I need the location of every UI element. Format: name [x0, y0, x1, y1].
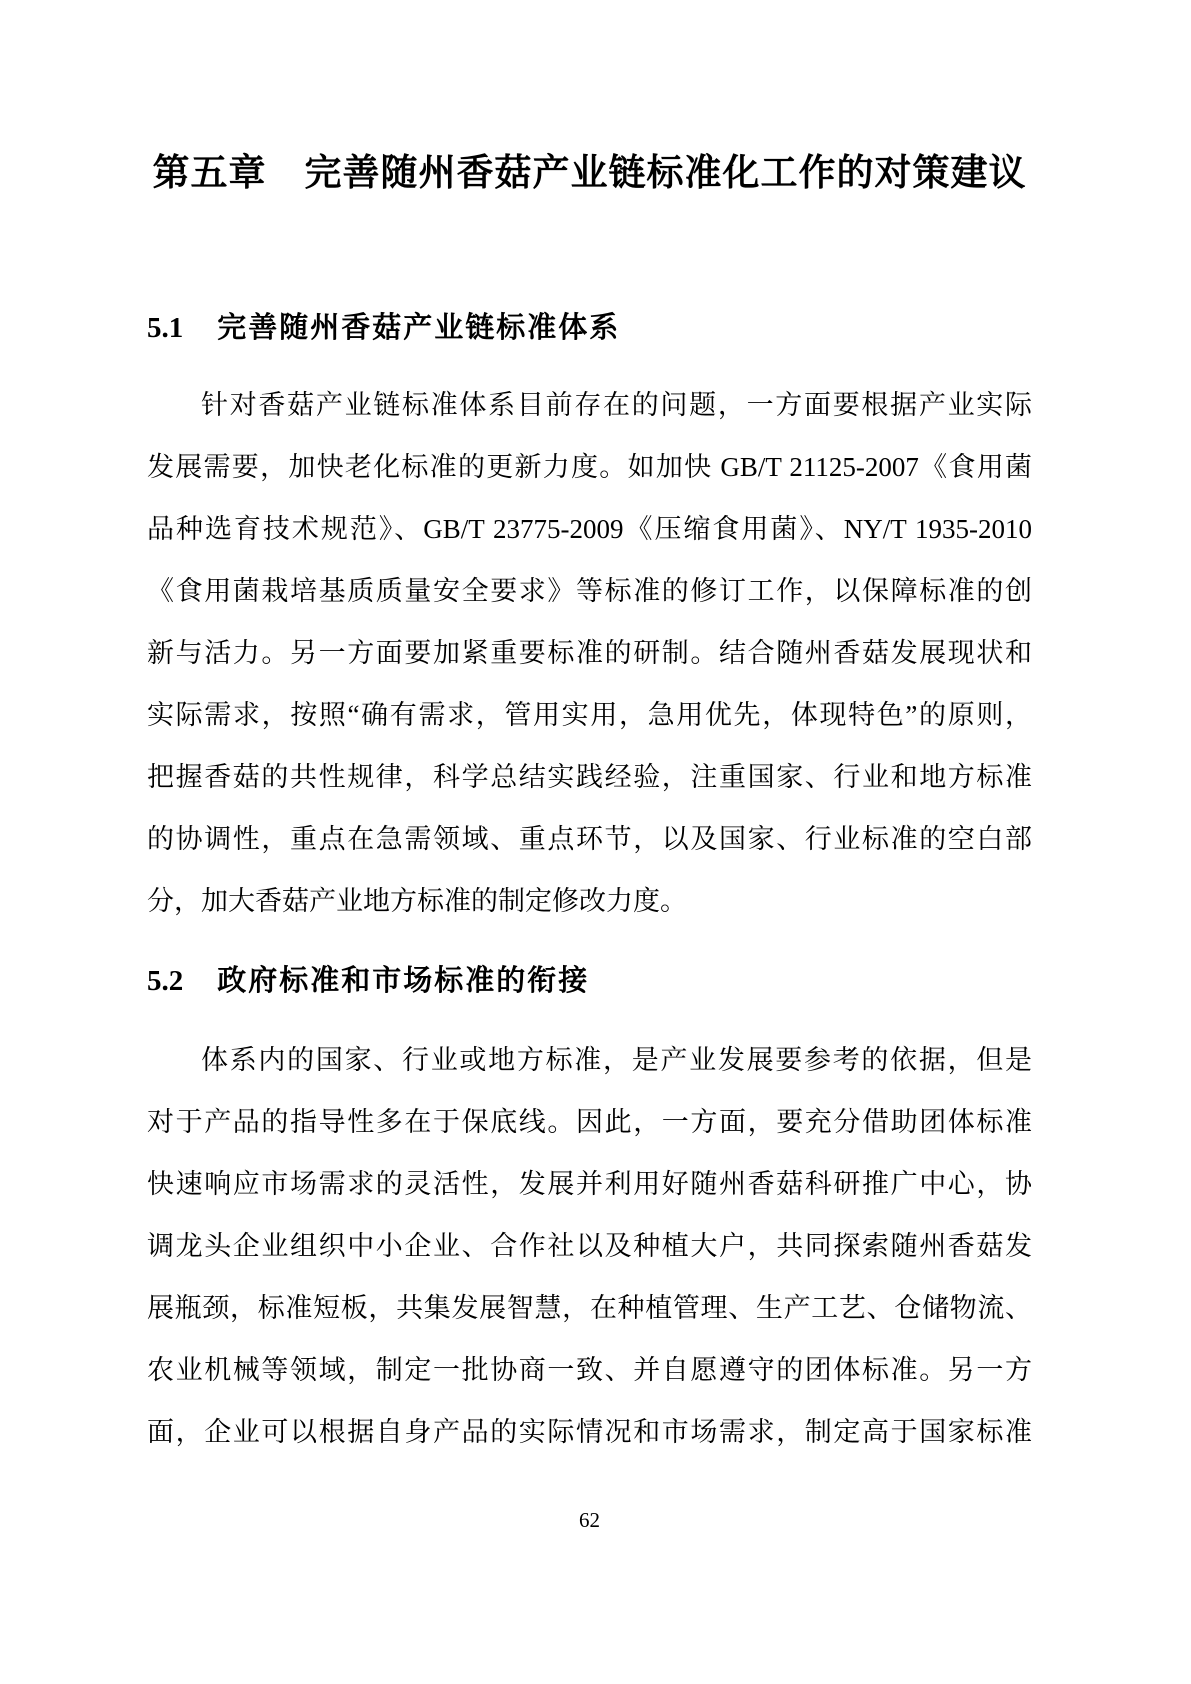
chapter-title: 第五章 完善随州香菇产业链标准化工作的对策建议: [147, 150, 1032, 198]
section-title: 完善随州香菇产业链标准体系: [217, 310, 620, 346]
paragraph-line: 把握香菇的共性规律，科学总结实践经验，注重国家、行业和地方标准: [147, 746, 1032, 808]
document-page: 第五章 完善随州香菇产业链标准化工作的对策建议 5.1完善随州香菇产业链标准体系…: [0, 0, 1191, 1684]
paragraph-line: 新与活力。另一方面要加紧重要标准的研制。结合随州香菇发展现状和: [147, 622, 1032, 684]
paragraph-line: 的协调性，重点在急需领域、重点环节，以及国家、行业标准的空白部: [147, 808, 1032, 870]
paragraph-line: 面，企业可以根据自身产品的实际情况和市场需求，制定高于国家标准: [147, 1401, 1032, 1463]
section-number: 5.2: [147, 963, 183, 999]
paragraph-line: 展瓶颈，标准短板，共集发展智慧，在种植管理、生产工艺、仓储物流、: [147, 1277, 1032, 1339]
paragraph-line: 实际需求，按照“确有需求，管用实用，急用优先，体现特色”的原则，: [147, 684, 1032, 746]
paragraph-line: 品种选育技术规范》、GB/T 23775-2009《压缩食用菌》、NY/T 19…: [147, 498, 1032, 560]
paragraph-line: 农业机械等领域，制定一批协商一致、并自愿遵守的团体标准。另一方: [147, 1339, 1032, 1401]
section-heading-5-2: 5.2政府标准和市场标准的衔接: [147, 963, 1032, 999]
paragraph-line: 发展需要，加快老化标准的更新力度。如加快 GB/T 21125-2007《食用菌: [147, 436, 1032, 498]
paragraph-line: 体系内的国家、行业或地方标准，是产业发展要参考的依据，但是: [147, 1029, 1032, 1091]
paragraph-line: 《食用菌栽培基质质量安全要求》等标准的修订工作，以保障标准的创: [147, 560, 1032, 622]
page-number: 62: [147, 1505, 1032, 1535]
paragraph-line: 对于产品的指导性多在于保底线。因此，一方面，要充分借助团体标准: [147, 1091, 1032, 1153]
section-heading-5-1: 5.1完善随州香菇产业链标准体系: [147, 310, 1032, 346]
page-content: 第五章 完善随州香菇产业链标准化工作的对策建议 5.1完善随州香菇产业链标准体系…: [147, 150, 1032, 1535]
section-title: 政府标准和市场标准的衔接: [217, 963, 589, 999]
section-number: 5.1: [147, 310, 183, 346]
paragraph-line: 分，加大香菇产业地方标准的制定修改力度。: [147, 870, 1032, 932]
section-5-1-paragraph: 针对香菇产业链标准体系目前存在的问题，一方面要根据产业实际 发展需要，加快老化标…: [147, 374, 1032, 932]
paragraph-line: 调龙头企业组织中小企业、合作社以及种植大户，共同探索随州香菇发: [147, 1215, 1032, 1277]
section-5-2-paragraph: 体系内的国家、行业或地方标准，是产业发展要参考的依据，但是 对于产品的指导性多在…: [147, 1029, 1032, 1463]
paragraph-line: 快速响应市场需求的灵活性，发展并利用好随州香菇科研推广中心，协: [147, 1153, 1032, 1215]
paragraph-line: 针对香菇产业链标准体系目前存在的问题，一方面要根据产业实际: [147, 374, 1032, 436]
